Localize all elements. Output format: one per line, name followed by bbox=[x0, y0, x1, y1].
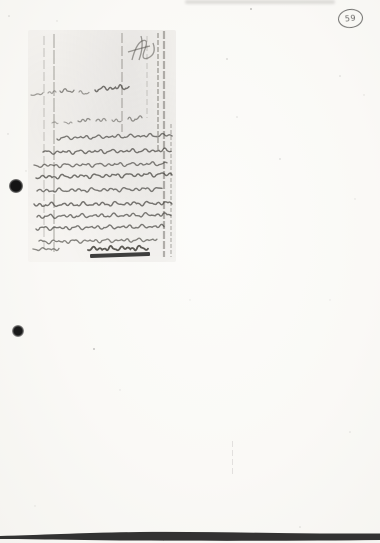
hole-punch-dot-top bbox=[9, 179, 23, 193]
scan-marks-layer bbox=[0, 0, 380, 543]
scanner-edge-shadow bbox=[0, 532, 380, 541]
scanned-page: 59 bbox=[0, 0, 380, 543]
corner-scribble bbox=[128, 36, 154, 60]
handwriting-strokes bbox=[31, 85, 172, 251]
hole-punch-dot-bottom bbox=[12, 325, 24, 337]
scan-noise-speckles bbox=[7, 8, 364, 528]
note-fold-lines bbox=[44, 31, 171, 257]
